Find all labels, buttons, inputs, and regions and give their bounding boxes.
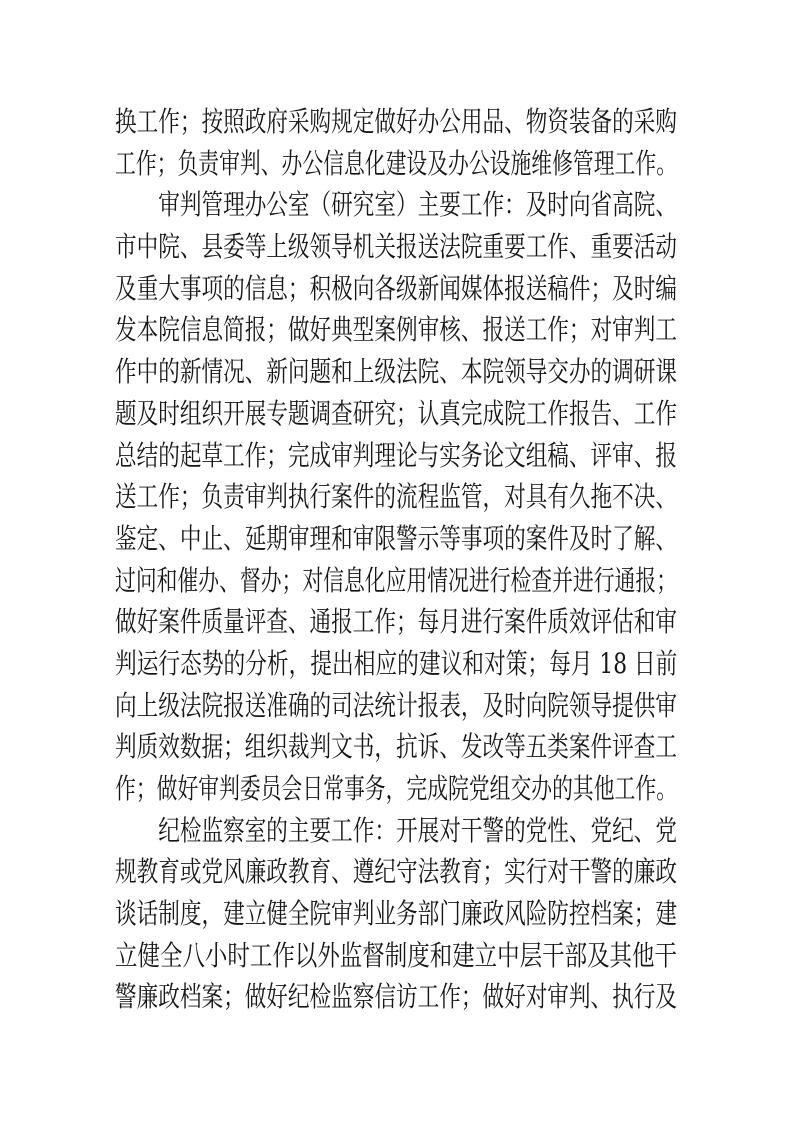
text-line: 过问和催办、督办；对信息化应用情况进行检查并进行通报； (115, 560, 533, 602)
document-body: 换工作；按照政府采购规定做好办公用品、物资装备的采购工作；负责审判、办公信息化建… (115, 101, 677, 1018)
text-line: 作；做好审判委员会日常事务，完成院党组交办的其他工作。 (115, 768, 533, 810)
text-line: 题及时组织开展专题调查研究；认真完成院工作报告、工作 (115, 393, 549, 435)
text-line: 判运行态势的分析，提出相应的建议和对策；每月 18 日前 (115, 643, 551, 685)
text-line: 谈话制度，建立健全院审判业务部门廉政风险防控档案；建 (115, 893, 549, 935)
text-line: 总结的起草工作；完成审判理论与实务论文组稿、评审、报 (115, 435, 549, 477)
text-line: 市中院、县委等上级领导机关报送法院重要工作、重要活动 (115, 226, 549, 268)
paragraph: 纪检监察室的主要工作：开展对干警的党性、党纪、党规教育或党风廉政教育、遵纪守法教… (115, 810, 677, 1018)
paragraph: 换工作；按照政府采购规定做好办公用品、物资装备的采购工作；负责审判、办公信息化建… (115, 101, 677, 184)
text-line: 做好案件质量评查、通报工作；每月进行案件质效评估和审 (115, 601, 549, 643)
text-line: 送工作；负责审判执行案件的流程监管，对具有久拖不决、 (115, 476, 549, 518)
text-line: 发本院信息简报；做好典型案例审核、报送工作；对审判工 (115, 309, 549, 351)
text-line: 工作；负责审判、办公信息化建设及办公设施维修管理工作。 (115, 143, 533, 185)
text-line: 立健全八小时工作以外监督制度和建立中层干部及其他干 (115, 935, 566, 977)
document-page: 换工作；按照政府采购规定做好办公用品、物资装备的采购工作；负责审判、办公信息化建… (0, 0, 793, 1122)
paragraph: 审判管理办公室（研究室）主要工作：及时向省高院、市中院、县委等上级领导机关报送法… (115, 184, 677, 809)
text-line: 规教育或党风廉政教育、遵纪守法教育；实行对干警的廉政 (115, 851, 549, 893)
text-line: 判质效数据；组织裁判文书，抗诉、发改等五类案件评查工 (115, 726, 549, 768)
text-line: 警廉政档案；做好纪检监察信访工作；做好对审判、执行及 (115, 976, 549, 1018)
text-line: 审判管理办公室（研究室）主要工作：及时向省高院、 (115, 184, 549, 226)
text-line: 作中的新情况、新问题和上级法院、本院领导交办的调研课 (115, 351, 549, 393)
text-line: 换工作；按照政府采购规定做好办公用品、物资装备的采购 (115, 101, 549, 143)
text-line: 向上级法院报送准确的司法统计报表，及时向院领导提供审 (115, 685, 549, 727)
text-line: 鉴定、中止、延期审理和审限警示等事项的案件及时了解、 (115, 518, 549, 560)
text-line: 纪检监察室的主要工作：开展对干警的党性、党纪、党 (115, 810, 549, 852)
text-line: 及重大事项的信息；积极向各级新闻媒体报送稿件；及时编 (115, 268, 549, 310)
